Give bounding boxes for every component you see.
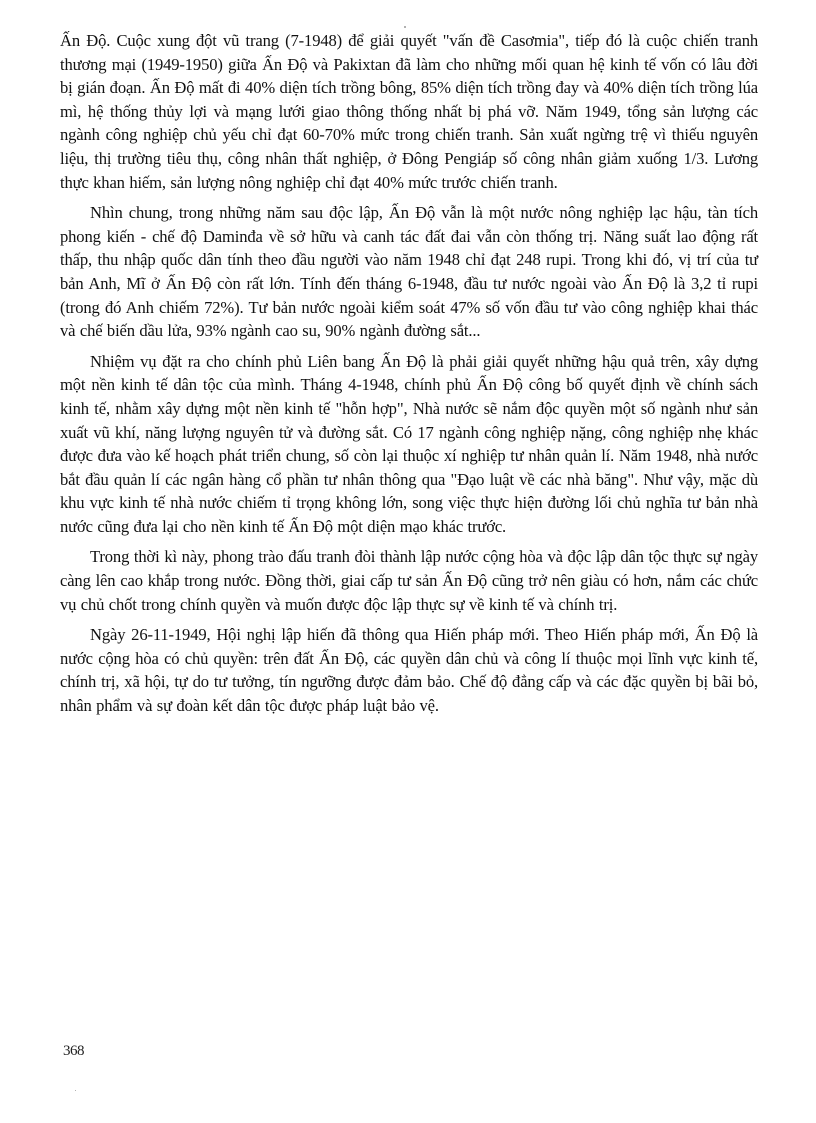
paragraph-2: Nhìn chung, trong những năm sau độc lập,… xyxy=(60,201,758,343)
scan-speck xyxy=(75,1090,76,1091)
page-number: 368 xyxy=(63,1043,84,1060)
paragraph-5: Ngày 26-11-1949, Hội nghị lập hiến đã th… xyxy=(60,623,758,717)
paragraph-4: Trong thời kì này, phong trào đấu tranh … xyxy=(60,545,758,616)
paragraph-3: Nhiệm vụ đặt ra cho chính phủ Liên bang … xyxy=(60,350,758,539)
paragraph-1: Ấn Độ. Cuộc xung đột vũ trang (7-1948) đ… xyxy=(60,29,758,194)
scan-speck xyxy=(404,26,406,28)
document-page: Ấn Độ. Cuộc xung đột vũ trang (7-1948) đ… xyxy=(60,29,758,725)
